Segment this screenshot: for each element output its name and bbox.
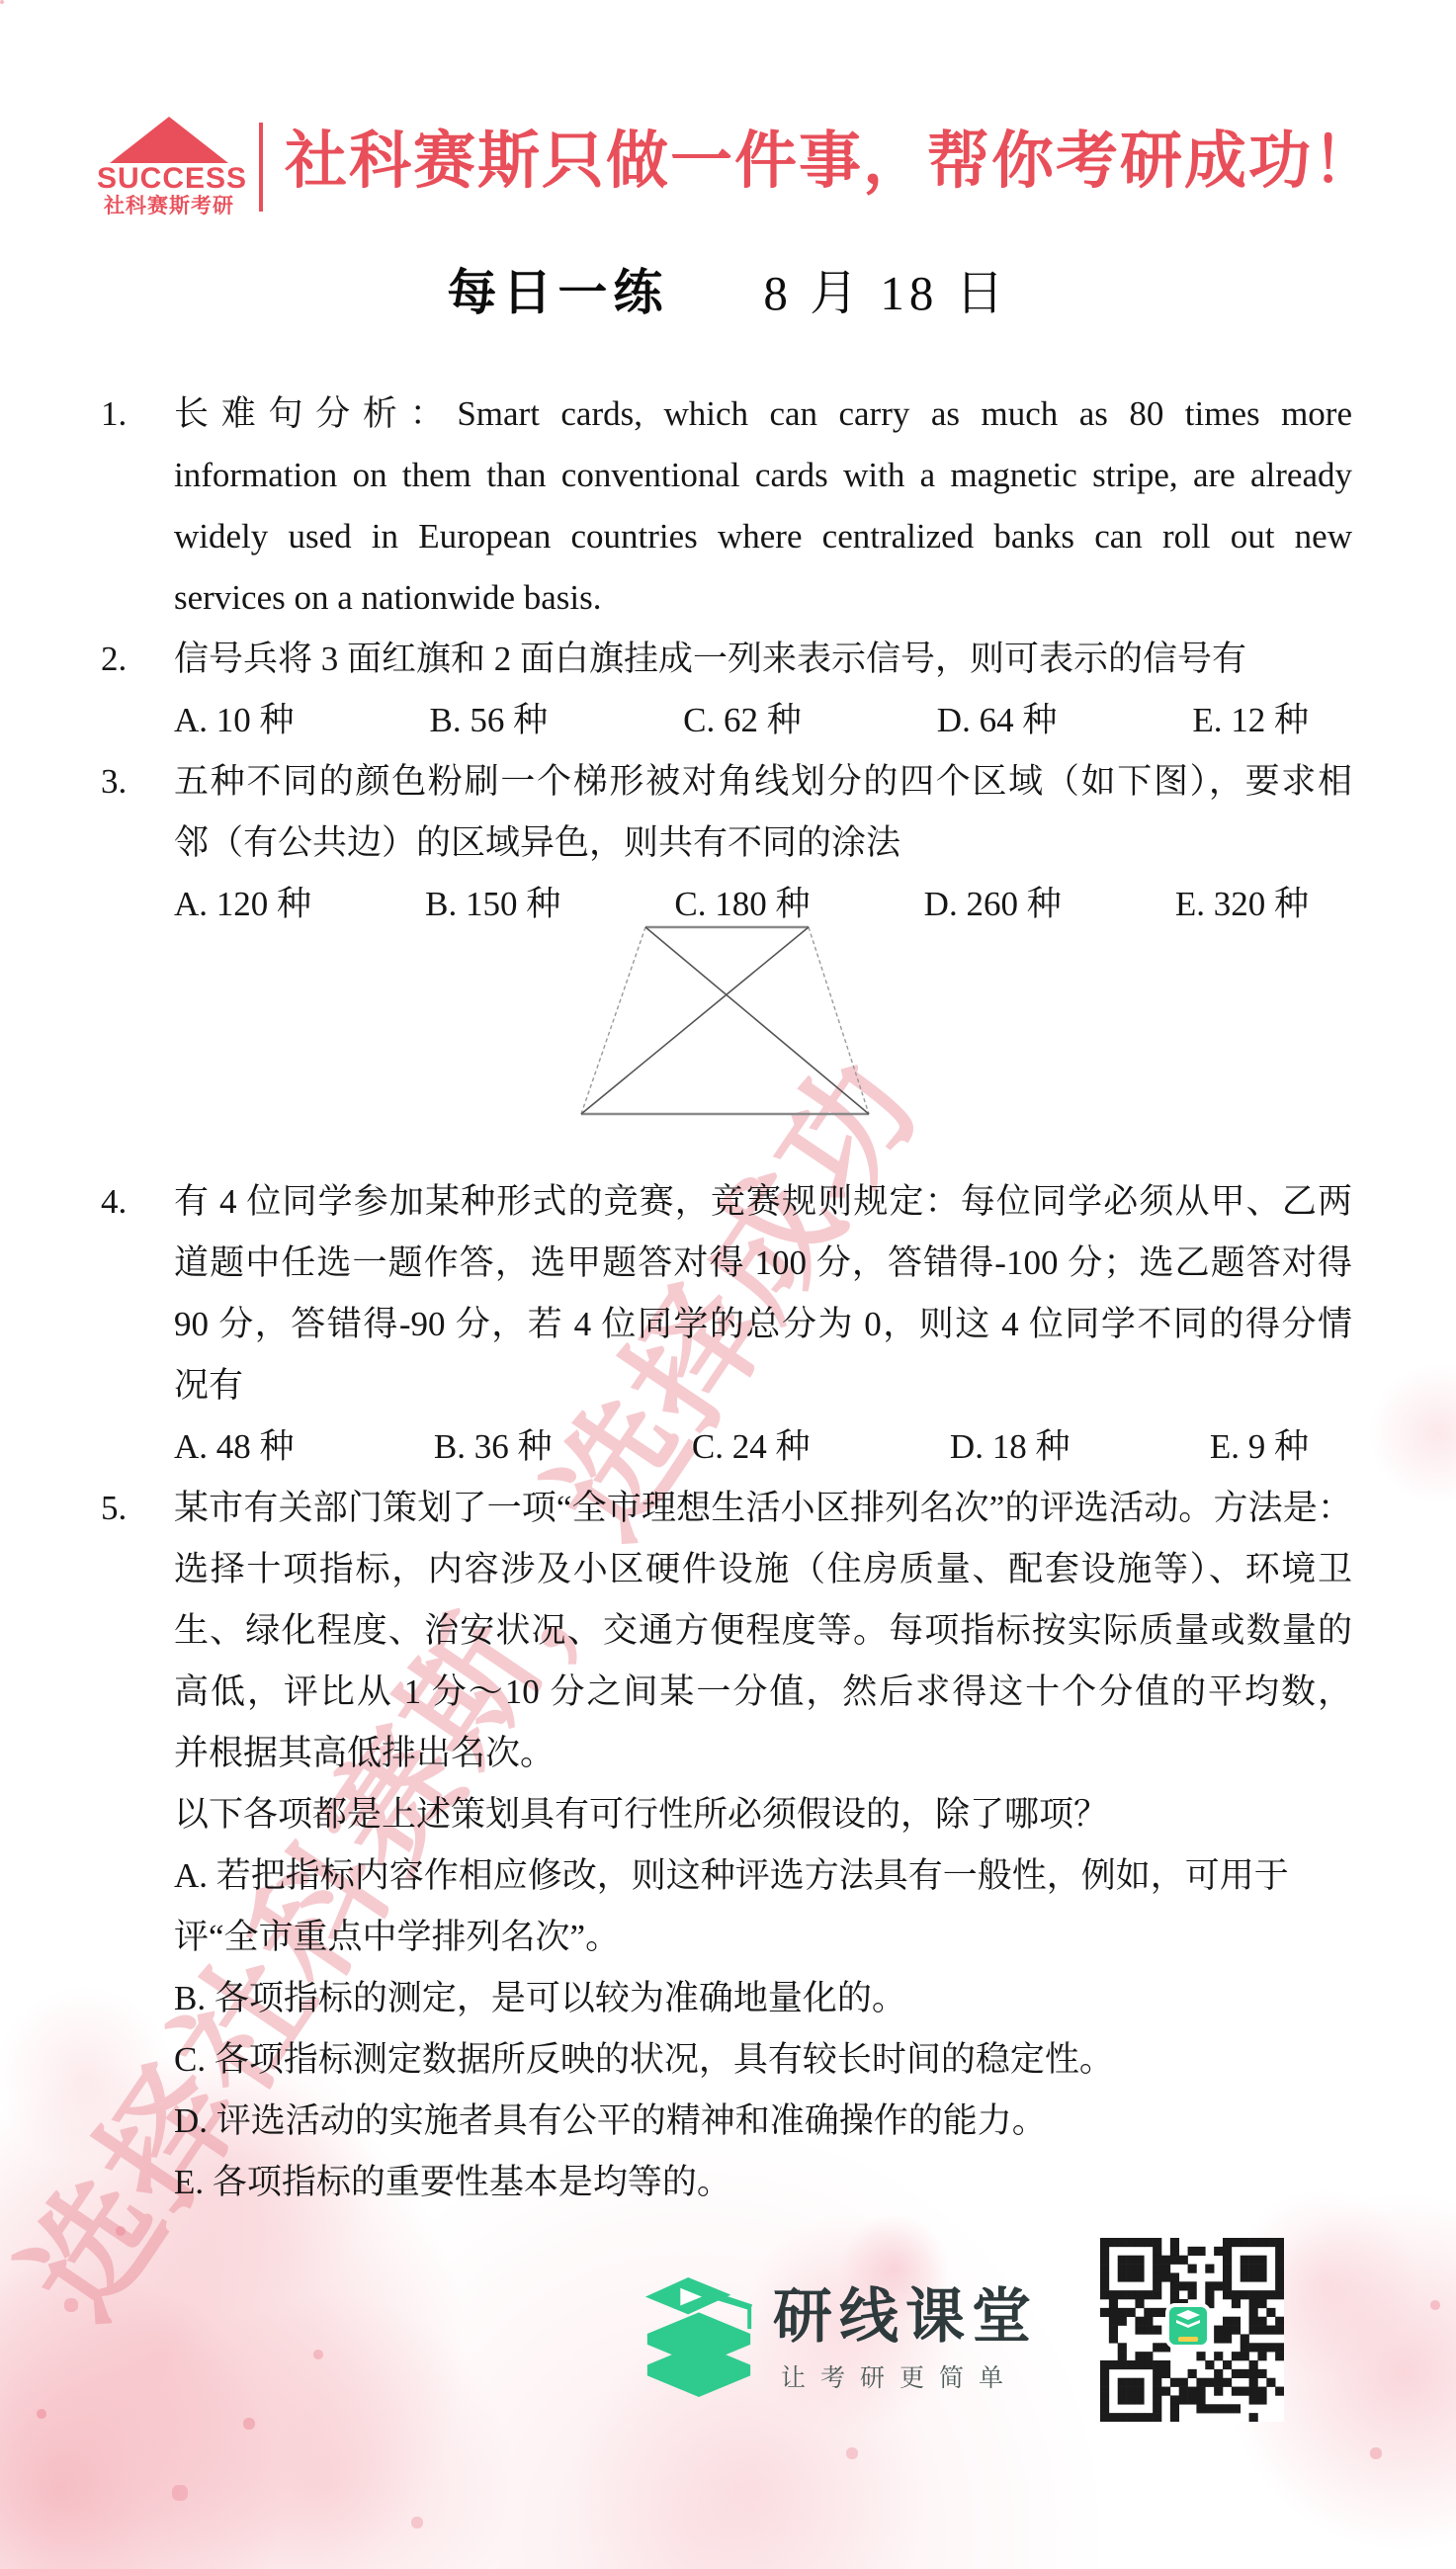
option-b: B. 36 种 <box>434 1416 553 1478</box>
option-d: D. 64 种 <box>937 690 1058 751</box>
options-row: A. 48 种 B. 36 种 C. 24 种 D. 18 种 E. 9 种 <box>174 1416 1309 1478</box>
question-text-line: 并根据其高低排出名次。 <box>174 1723 1352 1784</box>
question-5: 5. 某市有关部门策划了一项“全市理想生活小区排列名次”的评选活动。方法是： 选… <box>99 1478 1352 2213</box>
question-text-line: 有 4 位同学参加某种形式的竞赛，竞赛规则规定：每位同学必须从甲、乙两 <box>174 1171 1352 1233</box>
header-divider <box>259 123 263 212</box>
header: SUCCESS 社科赛斯考研 社科赛斯只做一件事，帮你考研成功！ <box>0 117 1456 225</box>
option-d: D. 18 种 <box>950 1416 1071 1478</box>
header-slogan: 社科赛斯只做一件事，帮你考研成功！ <box>285 111 1377 201</box>
option-c: C. 62 种 <box>683 690 802 751</box>
option-a-line-1: A. 若把指标内容作相应修改，则这种评选方法具有一般性，例如，可用于 <box>174 1845 1352 1907</box>
question-text-line: 道题中任选一题作答，选甲题答对得 100 分，答错得-100 分；选乙题答对得 <box>174 1233 1352 1294</box>
splash-speckles <box>0 0 4 4</box>
title-date: 8 月 18 日 <box>763 255 1008 324</box>
option-b: B. 56 种 <box>430 690 549 751</box>
question-number: 4. <box>101 1171 127 1233</box>
question-text-line: information on them than conventional ca… <box>174 445 1352 506</box>
question-text-line: 生、绿化程度、治安状况、交通方便程度等。每项指标按实际质量或数量的 <box>174 1600 1352 1662</box>
option-b: B. 各项指标的测定，是可以较为准确地量化的。 <box>174 1968 1352 2029</box>
question-number: 1. <box>101 384 127 445</box>
option-a: A. 48 种 <box>174 1416 295 1478</box>
question-text-line: widely used in European countries where … <box>174 506 1352 567</box>
option-c: C. 24 种 <box>692 1416 811 1478</box>
footer: 研线课堂 让考研更简单 <box>0 2236 1456 2453</box>
question-text-line: services on a nationwide basis. <box>174 567 1352 629</box>
option-e: E. 9 种 <box>1210 1416 1309 1478</box>
option-d: D. 260 种 <box>924 874 1062 935</box>
question-text-line: 况有 <box>174 1355 1352 1416</box>
question-1: 1. 长难句分析：Smart cards, which can carry as… <box>99 384 1352 629</box>
option-e: E. 320 种 <box>1175 874 1309 935</box>
question-text-line: 某市有关部门策划了一项“全市理想生活小区排列名次”的评选活动。方法是： <box>174 1478 1352 1539</box>
yanxian-logo-icon <box>638 2275 760 2403</box>
page-title: 每日一练 8 月 18 日 <box>0 253 1456 324</box>
brand-name: SUCCESS <box>97 163 241 194</box>
title-name: 每日一练 <box>447 253 668 324</box>
question-3: 3. 五种不同的颜色粉刷一个梯形被对角线划分的四个区域（如下图），要求相 邻（有… <box>99 751 1352 935</box>
option-d: D. 评选活动的实施者具有公平的精神和准确操作的能力。 <box>174 2091 1352 2152</box>
question-4: 4. 有 4 位同学参加某种形式的竞赛，竞赛规则规定：每位同学必须从甲、乙两 道… <box>99 1171 1352 1478</box>
question-number: 5. <box>101 1478 127 1539</box>
qr-center-icon <box>1165 2303 1211 2349</box>
qr-icon-label-bar <box>1178 2337 1198 2342</box>
footer-brand: 研线课堂 <box>773 2269 1038 2355</box>
document-page: 选择社科赛斯，选择成功 SUCCESS 社科赛斯考研 社科赛斯只做一件事，帮你考… <box>0 0 1456 2569</box>
qr-code <box>1100 2238 1284 2422</box>
trapezoid-diagram <box>549 919 885 1127</box>
question-stem: 以下各项都是上述策划具有可行性所必须假设的，除了哪项？ <box>174 1784 1352 1845</box>
question-text-line: 90 分，答错得-90 分，若 4 位同学的总分为 0，则这 4 位同学不同的得… <box>174 1294 1352 1355</box>
roof-icon <box>110 117 228 163</box>
option-c: C. 各项指标测定数据所反映的状况，具有较长时间的稳定性。 <box>174 2029 1352 2091</box>
question-2: 2. 信号兵将 3 面红旗和 2 面白旗挂成一列来表示信号，则可表示的信号有 A… <box>99 629 1352 751</box>
brand-subtitle: 社科赛斯考研 <box>97 194 241 218</box>
question-text-line: 长难句分析：Smart cards, which can carry as mu… <box>174 384 1352 445</box>
question-text-line: 邻（有公共边）的区域异色，则共有不同的涂法 <box>174 813 1352 874</box>
options-row: A. 10 种 B. 56 种 C. 62 种 D. 64 种 E. 12 种 <box>174 690 1309 751</box>
question-number: 2. <box>101 629 127 690</box>
question-text-line: 五种不同的颜色粉刷一个梯形被对角线划分的四个区域（如下图），要求相 <box>174 751 1352 813</box>
option-a-line-2: 评“全市重点中学排列名次”。 <box>174 1907 1352 1968</box>
option-a: A. 10 种 <box>174 690 295 751</box>
option-b: B. 150 种 <box>425 874 560 935</box>
option-a: A. 120 种 <box>174 874 311 935</box>
option-e: E. 各项指标的重要性基本是均等的。 <box>174 2152 1352 2213</box>
option-e: E. 12 种 <box>1192 690 1309 751</box>
footer-tagline: 让考研更简单 <box>781 2358 1018 2394</box>
success-logo: SUCCESS 社科赛斯考研 <box>97 117 241 218</box>
question-text-line: 高低，评比从 1 分～10 分之间某一分值，然后求得这十个分值的平均数， <box>174 1662 1352 1723</box>
question-number: 3. <box>101 751 127 813</box>
question-text-line: 信号兵将 3 面红旗和 2 面白旗挂成一列来表示信号，则可表示的信号有 <box>174 629 1352 690</box>
question-text-line: 选择十项指标，内容涉及小区硬件设施（住房质量、配套设施等）、环境卫 <box>174 1539 1352 1600</box>
